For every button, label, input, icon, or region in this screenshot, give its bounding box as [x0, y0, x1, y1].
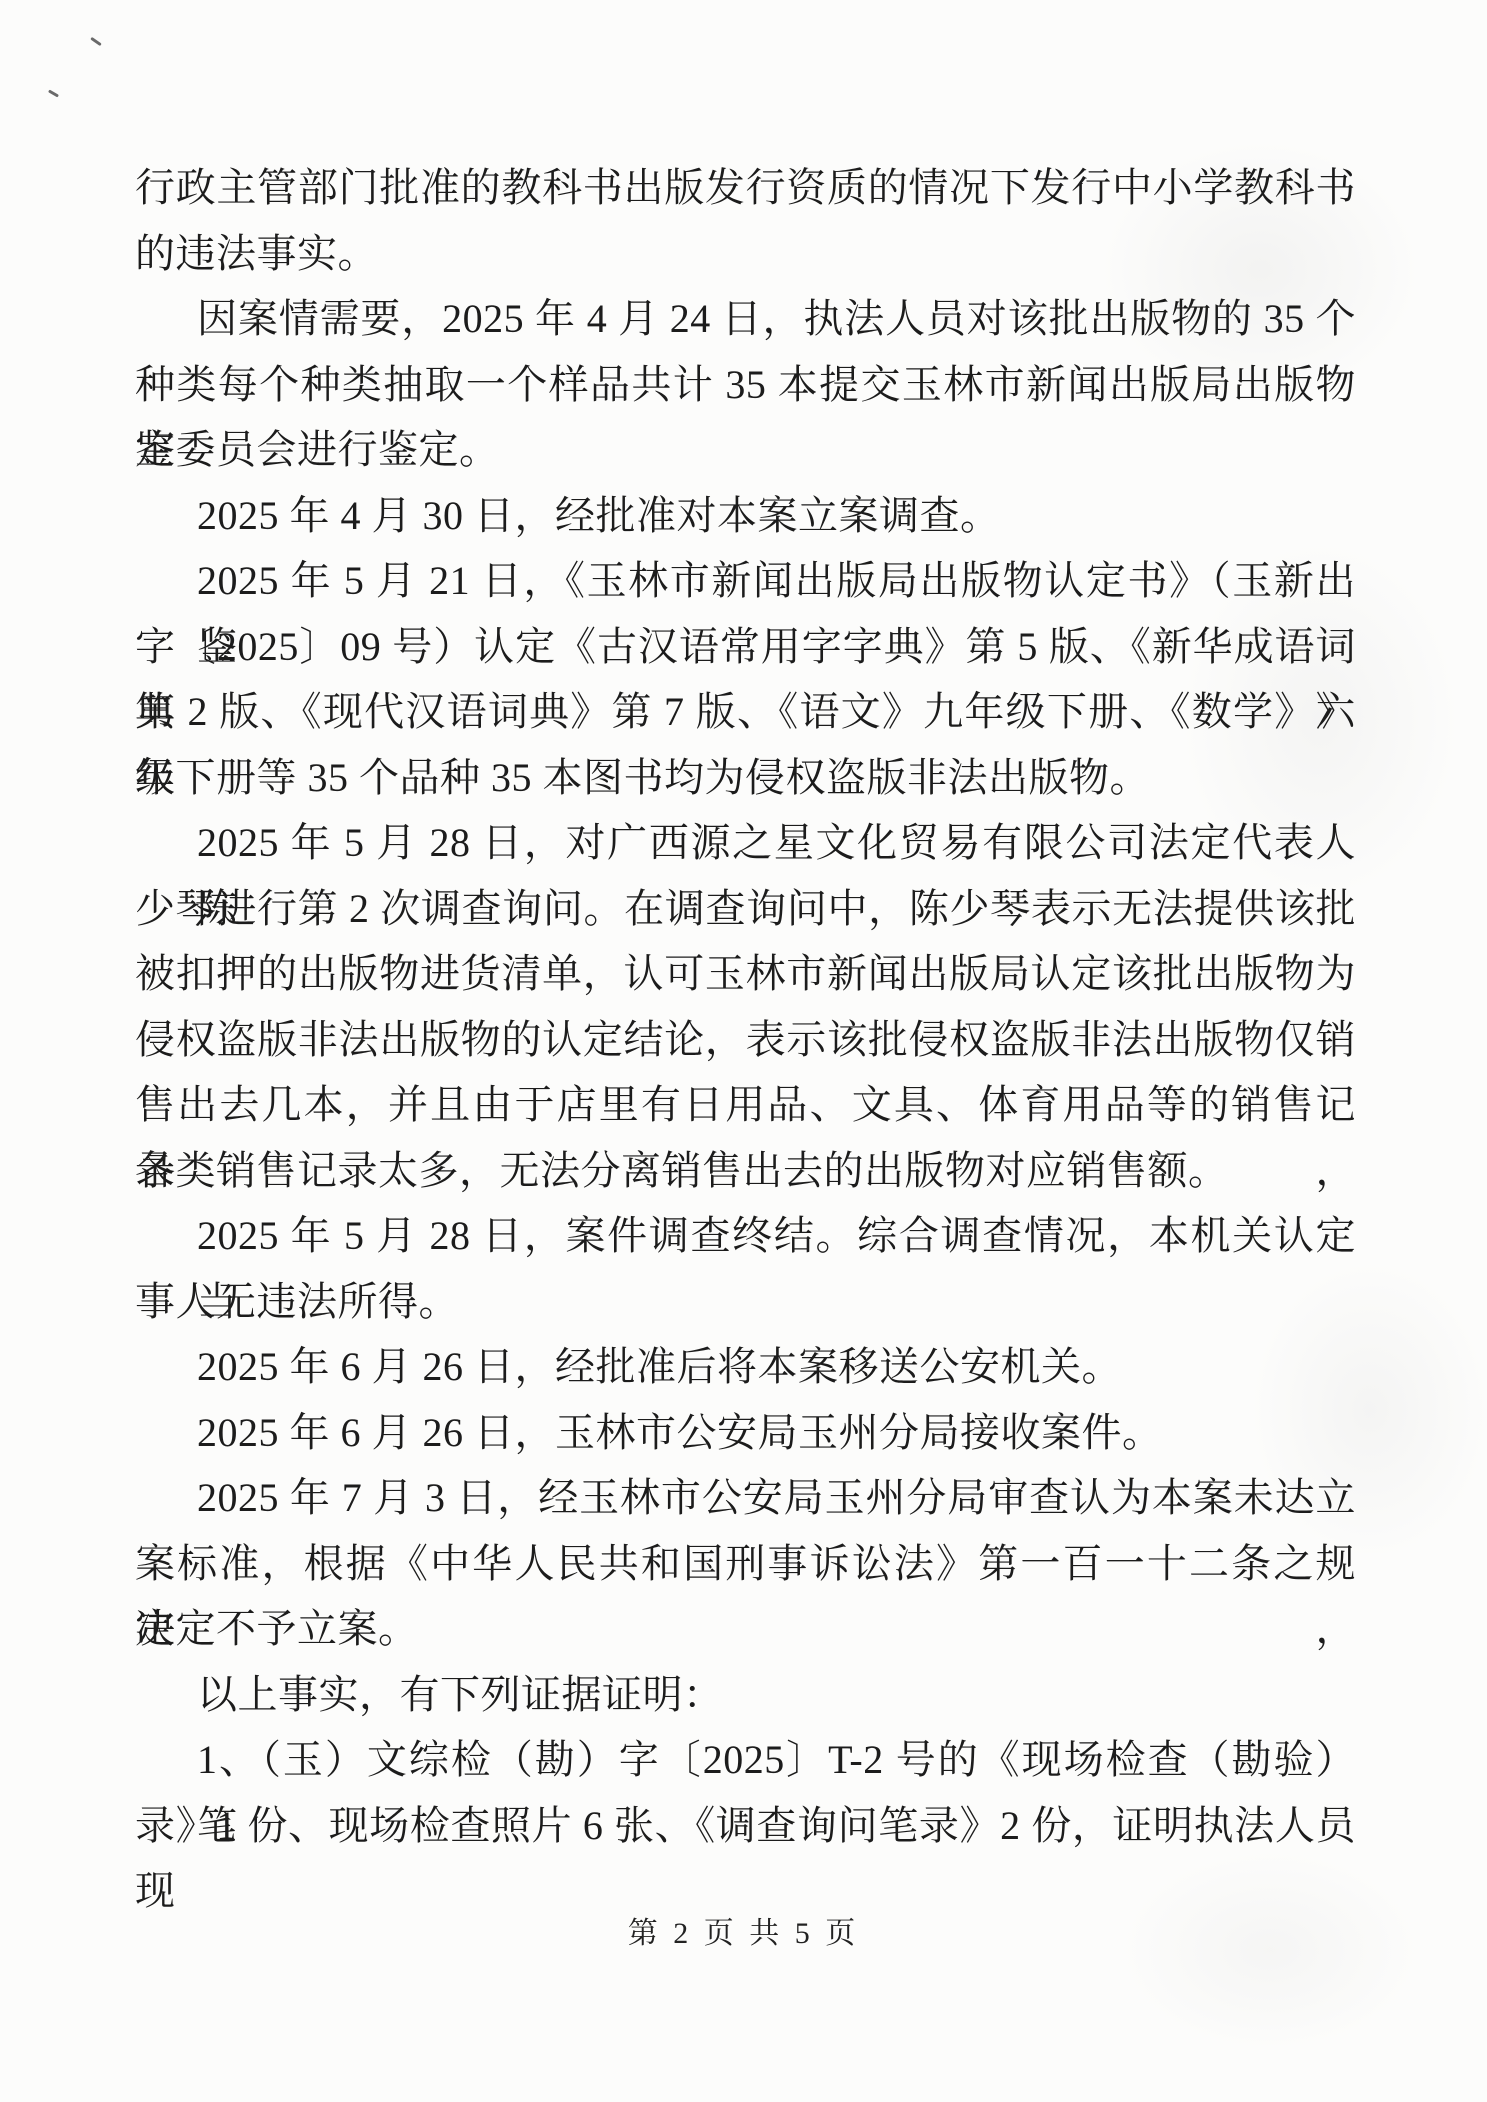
- scan-mark: [48, 89, 59, 97]
- document-line: 侵权盗版非法出版物的认定结论，表示该批侵权盗版非法出版物仅销: [135, 1007, 1356, 1073]
- document-line: 定委员会进行鉴定。: [135, 417, 1356, 483]
- document-line: 的违法事实。: [135, 221, 1356, 287]
- document-line: 2025 年 5 月 28 日，对广西源之星文化贸易有限公司法定代表人陈: [135, 810, 1356, 876]
- document-line: 第 2 版、《现代汉语词典》第 7 版、《语文》九年级下册、《数学》六年: [135, 679, 1356, 745]
- document-line: 各类销售记录太多，无法分离销售出去的出版物对应销售额。: [135, 1138, 1356, 1204]
- document-line: 事人无违法所得。: [135, 1269, 1356, 1335]
- document-line: 1、（玉）文综检（勘）字〔2025〕T-2 号的《现场检查（勘验）笔: [135, 1727, 1356, 1793]
- document-line: 被扣押的出版物进货清单，认可玉林市新闻出版局认定该批出版物为: [135, 941, 1356, 1007]
- document-line: 2025 年 6 月 26 日，经批准后将本案移送公安机关。: [135, 1334, 1356, 1400]
- document-line: 行政主管部门批准的教科书出版发行资质的情况下发行中小学教科书: [135, 155, 1356, 221]
- document-line: 因案情需要，2025 年 4 月 24 日，执法人员对该批出版物的 35 个: [135, 286, 1356, 352]
- page-number-footer: 第 2 页 共 5 页: [0, 1908, 1487, 1952]
- scanned-document-page: 行政主管部门批准的教科书出版发行资质的情况下发行中小学教科书 的违法事实。 因案…: [0, 0, 1487, 2102]
- document-line: 2025 年 5 月 21 日，《玉林市新闻出版局出版物认定书》（玉新出鉴: [135, 548, 1356, 614]
- document-line: 字〔2025〕09 号）认定《古汉语常用字字典》第 5 版、《新华成语词典》: [135, 614, 1356, 680]
- document-line: 少琴进行第 2 次调查询问。在调查询问中，陈少琴表示无法提供该批: [135, 876, 1356, 942]
- document-line: 2025 年 7 月 3 日，经玉林市公安局玉州分局审查认为本案未达立: [135, 1465, 1356, 1531]
- document-body: 行政主管部门批准的教科书出版发行资质的情况下发行中小学教科书 的违法事实。 因案…: [135, 155, 1356, 1858]
- scan-mark: [90, 37, 102, 46]
- document-line: 以上事实，有下列证据证明：: [135, 1662, 1356, 1728]
- document-line: 2025 年 6 月 26 日，玉林市公安局玉州分局接收案件。: [135, 1400, 1356, 1466]
- document-line: 录》1 份、现场检查照片 6 张、《调查询问笔录》2 份，证明执法人员现: [135, 1793, 1356, 1859]
- document-line: 售出去几本，并且由于店里有日用品、文具、体育用品等的销售记录，: [135, 1072, 1356, 1138]
- document-line: 2025 年 4 月 30 日，经批准对本案立案调查。: [135, 483, 1356, 549]
- document-line: 2025 年 5 月 28 日，案件调查终结。综合调查情况，本机关认定当: [135, 1203, 1356, 1269]
- document-line: 种类每个种类抽取一个样品共计 35 本提交玉林市新闻出版局出版物鉴: [135, 352, 1356, 418]
- document-line: 案标准，根据《中华人民共和国刑事诉讼法》第一百一十二条之规定，: [135, 1531, 1356, 1597]
- document-line: 级下册等 35 个品种 35 本图书均为侵权盗版非法出版物。: [135, 745, 1356, 811]
